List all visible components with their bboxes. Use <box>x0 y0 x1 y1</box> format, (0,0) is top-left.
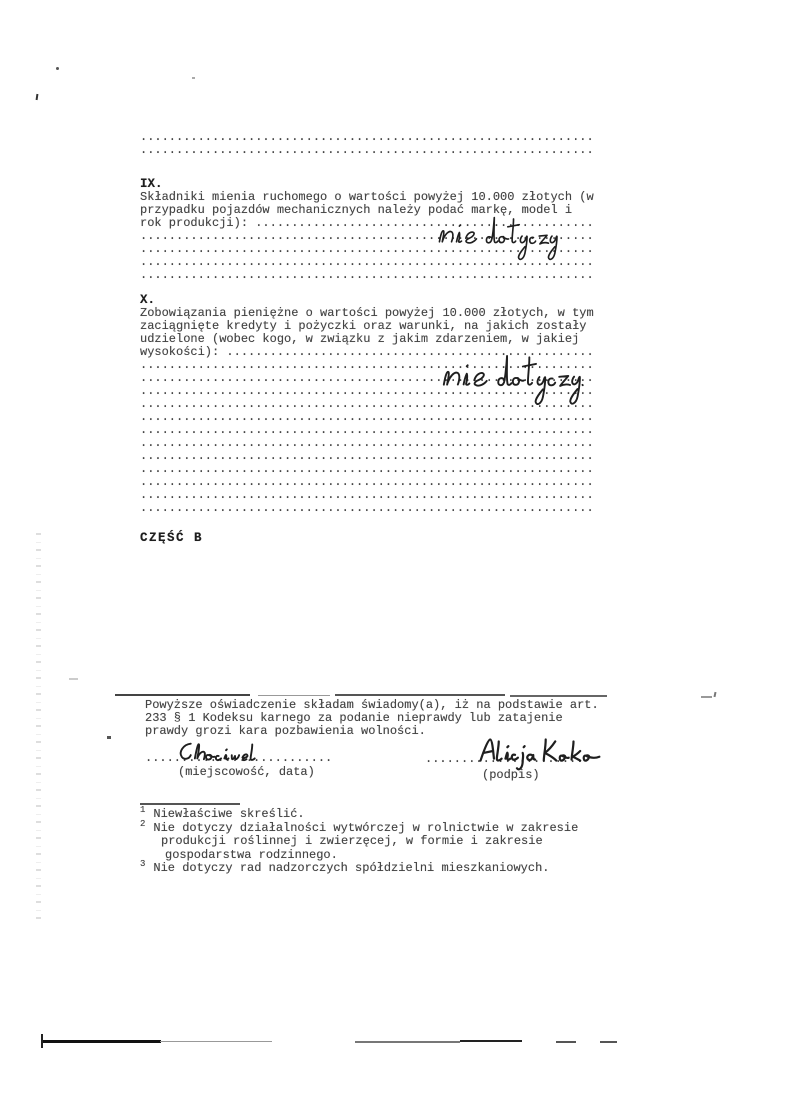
footnote-marker: 2 <box>140 819 145 829</box>
footnote-marker: 1 <box>140 805 145 815</box>
footnotes: 1Niewłaściwe skreślić. 2Nie dotyczy dzia… <box>140 803 578 876</box>
separator-line-segment <box>510 695 607 697</box>
footnote-text: Nie dotyczy działalności wytwórczej w ro… <box>153 821 578 835</box>
footnote-2-continuation: produkcji roślinnej i zwierzęcej, w form… <box>140 835 578 849</box>
separator-line-segment <box>258 695 330 696</box>
separator-line-segment <box>335 694 505 696</box>
footnote-text: Niewłaściwe skreślić. <box>153 807 304 821</box>
scan-speck <box>36 94 39 100</box>
footnote-2-continuation: gospodarstwa rodzinnego. <box>140 849 578 863</box>
edge-line-segment <box>600 1041 617 1043</box>
handwriting-place-date <box>176 737 258 770</box>
scan-speck <box>56 67 59 70</box>
footnote-separator <box>140 803 240 805</box>
handwriting-x-answer <box>431 345 592 413</box>
scan-speck <box>701 696 712 698</box>
handwriting-ix-answer <box>427 209 568 266</box>
scan-speck <box>192 77 195 79</box>
edge-line-segment <box>556 1041 576 1043</box>
dotted-fill-line: ........................................… <box>140 502 610 515</box>
edge-line-segment <box>43 1040 161 1043</box>
footnote-text: produkcji roślinnej i zwierzęcej, w form… <box>161 834 543 848</box>
scan-noise-column <box>36 533 41 925</box>
edge-line-segment <box>355 1041 460 1043</box>
footnote-2: 2Nie dotyczy działalności wytwórczej w r… <box>140 822 578 836</box>
scan-speck <box>714 692 717 697</box>
part-b-heading: CZĘŚĆ B <box>140 532 610 545</box>
scan-speck <box>69 678 78 680</box>
footnote-3: 3Nie dotyczy rad nadzorczych spółdzielni… <box>140 862 578 876</box>
dotted-fill-line: ........................................… <box>140 144 610 157</box>
edge-line-segment <box>460 1040 522 1042</box>
footnote-text: gospodarstwa rodzinnego. <box>165 848 338 862</box>
edge-line-segment <box>160 1041 272 1042</box>
dotted-fill-line: ........................................… <box>140 269 610 282</box>
form-body: ........................................… <box>140 131 610 545</box>
scanned-declaration-page: ........................................… <box>0 0 791 1117</box>
scan-speck <box>107 736 111 739</box>
footnote-text: Nie dotyczy rad nadzorczych spółdzielni … <box>153 861 549 875</box>
handwriting-signature <box>476 728 602 774</box>
footnote-marker: 3 <box>140 859 145 869</box>
footnote-1: 1Niewłaściwe skreślić. <box>140 808 578 822</box>
separator-line-segment <box>115 694 250 696</box>
